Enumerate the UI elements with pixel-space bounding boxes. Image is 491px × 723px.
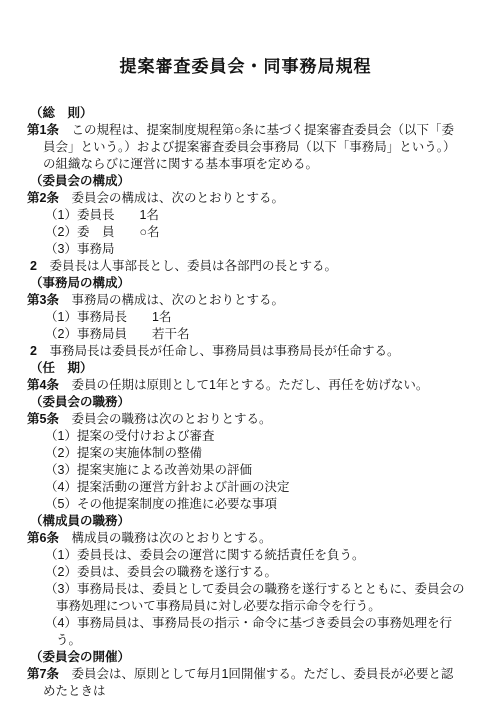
line-text: （3）提案実施による改善効果の評価 xyxy=(45,463,252,477)
line-text: （1）委員長 1名 xyxy=(45,208,159,222)
clause-item: （2）提案の実施体制の整備 xyxy=(56,445,465,462)
line-text: （任 期） xyxy=(30,361,93,375)
line-text: （2）事務局員 若干名 xyxy=(45,327,189,341)
section-heading: （事務局の構成） xyxy=(30,275,465,292)
article-paragraph: 第6条 構成員の職務は次のとおりとする。 xyxy=(43,530,465,547)
article-paragraph: 第2条 委員会の構成は、次のとおりとする。 xyxy=(43,190,465,207)
section-heading: （総 則） xyxy=(30,105,465,122)
clause-item: （3）事務局長は、委員として委員会の職務を遂行するとともに、委員会の事務処理につ… xyxy=(56,581,465,615)
section-heading: （委員会の開催） xyxy=(30,649,465,666)
section-heading: （委員会の職務） xyxy=(30,394,465,411)
section-heading: （委員会の構成） xyxy=(30,173,465,190)
article-paragraph: 第7条 委員会は、原則として毎月1回開催する。ただし、委員長が必要と認めたときは xyxy=(43,666,465,700)
section-heading: （任 期） xyxy=(30,360,465,377)
line-text: （3）事務局 xyxy=(45,242,114,256)
line-text: 委員会の職務は次のとおりとする。 xyxy=(71,412,271,426)
article-number: 2 xyxy=(30,259,37,273)
line-text: （2）提案の実施体制の整備 xyxy=(45,446,202,460)
clause-item: （2）委 員 ○名 xyxy=(56,224,465,241)
clause-item: （2）事務局員 若干名 xyxy=(56,326,465,343)
line-text: （5）その他提案制度の推進に必要な事項 xyxy=(45,497,277,511)
article-number: 第5条 xyxy=(27,412,59,426)
document-body: （総 則）第1条 この規程は、提案制度規程第○条に基づく提案審査委員会（以下「委… xyxy=(0,105,491,700)
line-text: （事務局の構成） xyxy=(30,276,130,290)
line-text: 構成員の職務は次のとおりとする。 xyxy=(71,531,271,545)
numbered-paragraph: 2 事務局長は委員長が任命し、事務局員は事務局長が任命する。 xyxy=(47,343,465,360)
article-paragraph: 第1条 この規程は、提案制度規程第○条に基づく提案審査委員会（以下「委員会」とい… xyxy=(43,122,465,173)
document-page: 提案審査委員会・同事務局規程 （総 則）第1条 この規程は、提案制度規程第○条に… xyxy=(0,0,491,723)
clause-item: （1）委員長は、委員会の運営に関する統括責任を負う。 xyxy=(56,547,465,564)
line-text: （1）提案の受付けおよび審査 xyxy=(45,429,214,443)
line-text: （3）事務局長は、委員として委員会の職務を遂行するとともに、委員会の事務処理につ… xyxy=(45,582,464,613)
article-number: 第1条 xyxy=(27,123,59,137)
line-text: 委員の任期は原則として1年とする。ただし、再任を妨げない。 xyxy=(71,378,428,392)
line-text: （総 則） xyxy=(30,106,93,120)
article-number: 第2条 xyxy=(27,191,59,205)
clause-item: （2）委員は、委員会の職務を遂行する。 xyxy=(56,564,465,581)
clause-item: （5）その他提案制度の推進に必要な事項 xyxy=(56,496,465,513)
line-text: 事務局長は委員長が任命し、事務局員は事務局長が任命する。 xyxy=(49,344,399,358)
line-text: （構成員の職務） xyxy=(30,514,130,528)
clause-item: （1）事務局長 1名 xyxy=(56,309,465,326)
line-text: （委員会の構成） xyxy=(30,174,130,188)
article-paragraph: 第5条 委員会の職務は次のとおりとする。 xyxy=(43,411,465,428)
line-text: 委員会は、原則として毎月1回開催する。ただし、委員長が必要と認めたときは xyxy=(43,667,453,698)
article-paragraph: 第3条 事務局の構成は、次のとおりとする。 xyxy=(43,292,465,309)
clause-item: （1）委員長 1名 xyxy=(56,207,465,224)
line-text: （2）委 員 ○名 xyxy=(45,225,160,239)
line-text: 事務局の構成は、次のとおりとする。 xyxy=(71,293,284,307)
article-number: 第3条 xyxy=(27,293,59,307)
clause-item: （4）事務局員は、事務局長の指示・命令に基づき委員会の事務処理を行う。 xyxy=(56,615,465,649)
line-text: （1）事務局長 1名 xyxy=(45,310,171,324)
line-text: （4）提案活動の運営方針および計画の決定 xyxy=(45,480,289,494)
document-title: 提案審査委員会・同事務局規程 xyxy=(0,0,491,77)
line-text: 委員長は人事部長とし、委員は各部門の長とする。 xyxy=(49,259,337,273)
clause-item: （1）提案の受付けおよび審査 xyxy=(56,428,465,445)
section-heading: （構成員の職務） xyxy=(30,513,465,530)
line-text: （委員会の開催） xyxy=(30,650,130,664)
line-text: （1）委員長は、委員会の運営に関する統括責任を負う。 xyxy=(45,548,364,562)
article-number: 第7条 xyxy=(27,667,59,681)
line-text: この規程は、提案制度規程第○条に基づく提案審査委員会（以下「委員会」という。）お… xyxy=(43,123,456,171)
line-text: （委員会の職務） xyxy=(30,395,130,409)
line-text: 委員会の構成は、次のとおりとする。 xyxy=(71,191,284,205)
line-text: （4）事務局員は、事務局長の指示・命令に基づき委員会の事務処理を行う。 xyxy=(45,616,452,647)
article-number: 第4条 xyxy=(27,378,59,392)
clause-item: （3）提案実施による改善効果の評価 xyxy=(56,462,465,479)
clause-item: （4）提案活動の運営方針および計画の決定 xyxy=(56,479,465,496)
clause-item: （3）事務局 xyxy=(56,241,465,258)
article-number: 第6条 xyxy=(27,531,59,545)
article-number: 2 xyxy=(30,344,37,358)
article-paragraph: 第4条 委員の任期は原則として1年とする。ただし、再任を妨げない。 xyxy=(43,377,465,394)
line-text: （2）委員は、委員会の職務を遂行する。 xyxy=(45,565,277,579)
numbered-paragraph: 2 委員長は人事部長とし、委員は各部門の長とする。 xyxy=(47,258,465,275)
